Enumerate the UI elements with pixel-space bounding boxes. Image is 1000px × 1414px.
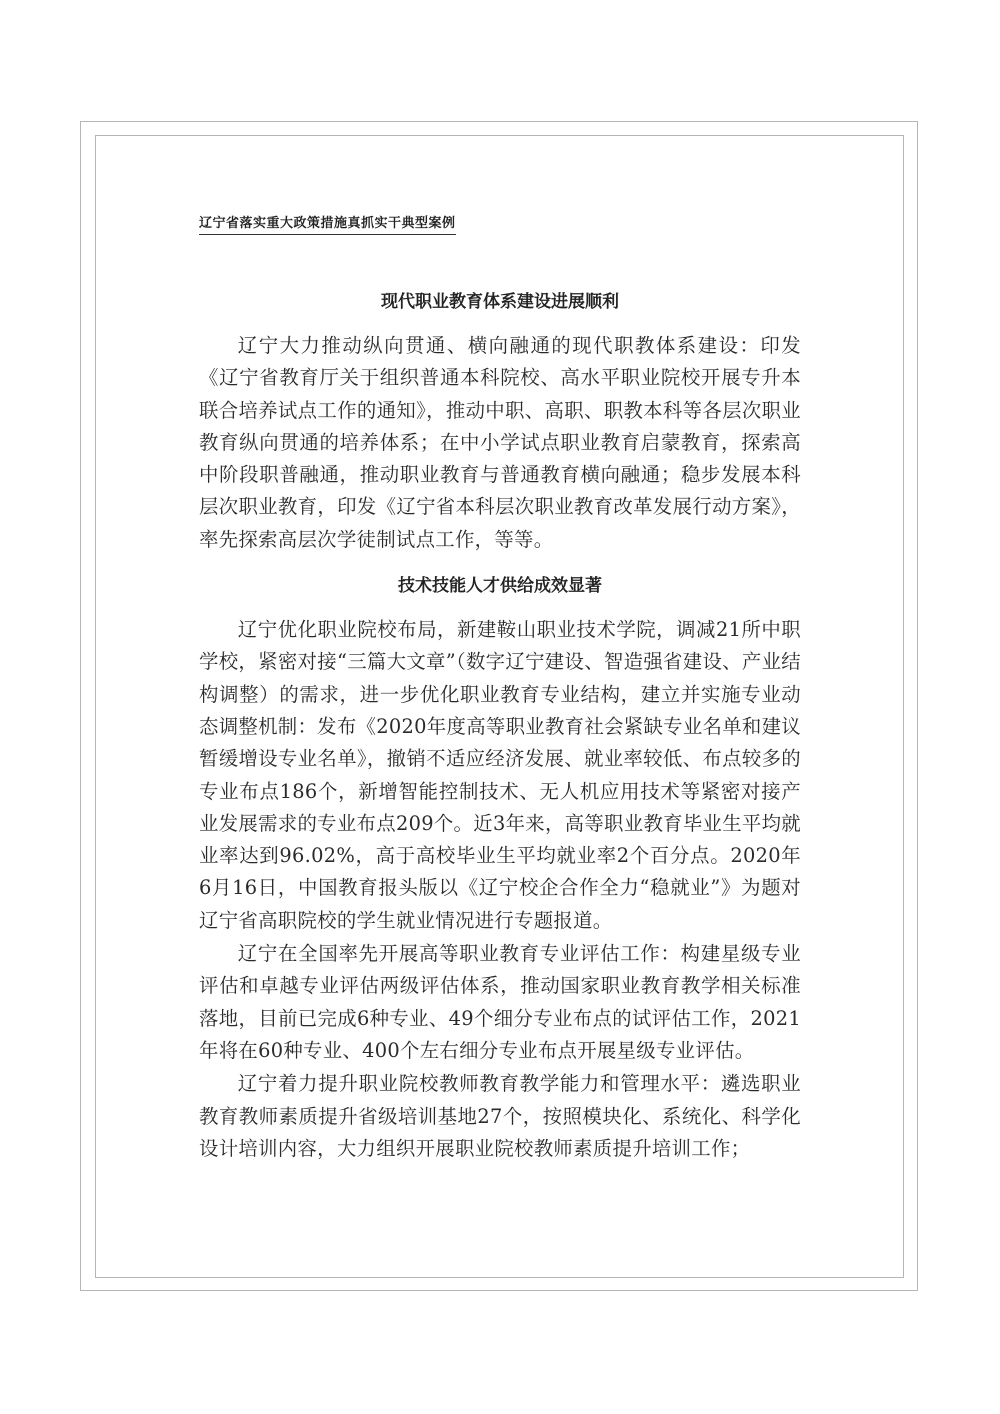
section-title: 技术技能人才供给成效显著 (199, 572, 801, 600)
running-head: 辽宁省落实重大政策措施真抓实干典型案例 (199, 212, 456, 235)
paragraph: 辽宁优化职业院校布局，新建鞍山职业技术学院，调减21所中职学校，紧密对接“三篇大… (199, 614, 801, 937)
paragraph: 辽宁大力推动纵向贯通、横向融通的现代职教体系建设：印发《辽宁省教育厅关于组织普通… (199, 330, 801, 556)
section-title: 现代职业教育体系建设进展顺利 (199, 288, 801, 316)
document-body: 现代职业教育体系建设进展顺利 辽宁大力推动纵向贯通、横向融通的现代职教体系建设：… (199, 288, 801, 1165)
paragraph: 辽宁着力提升职业院校教师教育教学能力和管理水平：遴选职业教育教师素质提升省级培训… (199, 1068, 801, 1165)
paragraph: 辽宁在全国率先开展高等职业教育专业评估工作：构建星级专业评估和卓越专业评估两级评… (199, 938, 801, 1067)
